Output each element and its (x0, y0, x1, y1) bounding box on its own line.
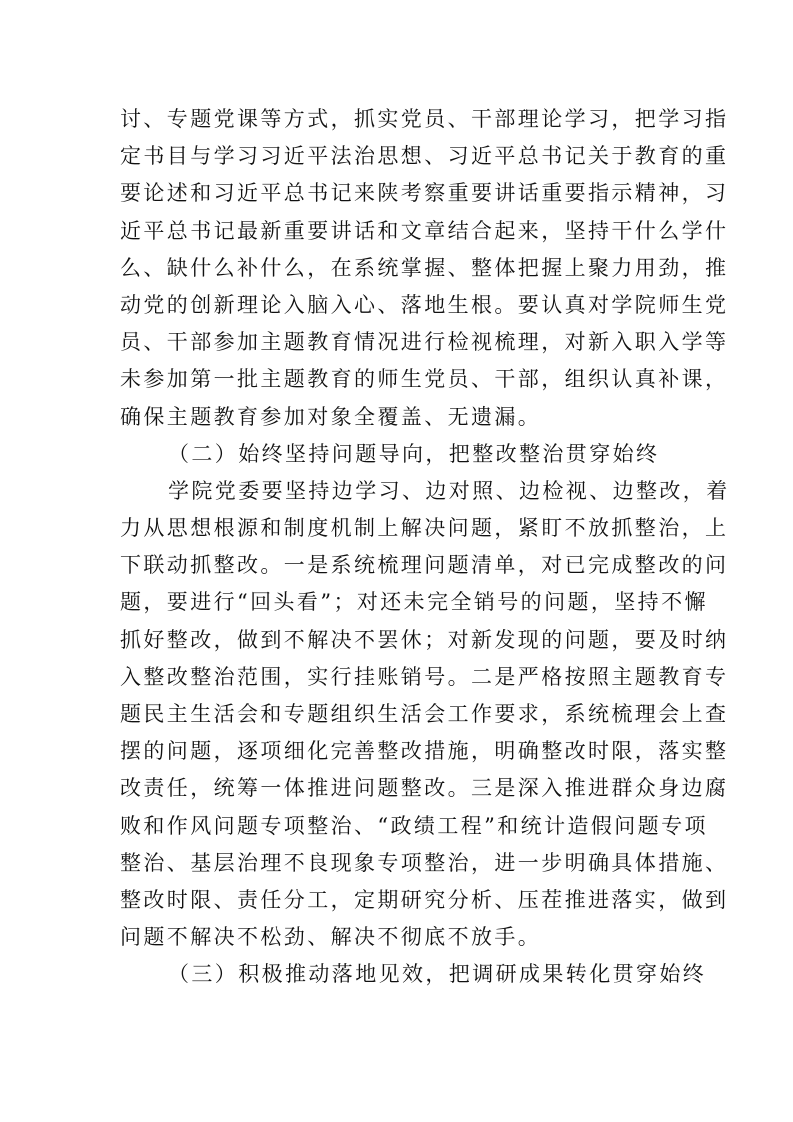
document-page: 讨、专题党课等方式，抓实党员、干部理论学习，把学习指 定书目与学习习近平法治思想… (0, 0, 793, 1122)
text-line: 入整改整治范围，实行挂账销号。二是严格按照主题教育专 (120, 659, 680, 696)
text-line: 摆的问题，逐项细化完善整改措施，明确整改时限，落实整 (120, 733, 680, 770)
text-line: 讨、专题党课等方式，抓实党员、干部理论学习，把学习指 (120, 101, 680, 138)
text-line: 力从思想根源和制度机制上解决问题，紧盯不放抓整治，上 (120, 510, 680, 547)
text-line: 下联动抓整改。一是系统梳理问题清单，对已完成整改的问 (120, 547, 680, 584)
section-heading-3: （三）积极推动落地见效，把调研成果转化贯穿始终 (120, 956, 680, 993)
text-line: 要论述和习近平总书记来陕考察重要讲话重要指示精神，习 (120, 175, 680, 212)
text-line: 改责任，统筹一体推进问题整改。三是深入推进群众身边腐 (120, 770, 680, 807)
text-line: 未参加第一批主题教育的师生党员、干部，组织认真补课， (120, 361, 680, 398)
paragraph-first-line: 学院党委要坚持边学习、边对照、边检视、边整改，着 (120, 473, 680, 510)
text-line: 整改时限、责任分工，定期研究分析、压茬推进落实，做到 (120, 882, 680, 919)
text-line: 近平总书记最新重要讲话和文章结合起来，坚持干什么学什 (120, 213, 680, 250)
text-line: 败和作风问题专项整治、“政绩工程”和统计造假问题专项 (120, 808, 680, 845)
text-line: 整治、基层治理不良现象专项整治，进一步明确具体措施、 (120, 845, 680, 882)
text-line: 动党的创新理论入脑入心、落地生根。要认真对学院师生党 (120, 287, 680, 324)
text-line: 题，要进行“回头看”；对还未完全销号的问题，坚持不懈 (120, 584, 680, 621)
text-line: 么、缺什么补什么，在系统掌握、整体把握上聚力用劲，推 (120, 250, 680, 287)
text-line: 定书目与学习习近平法治思想、习近平总书记关于教育的重 (120, 138, 680, 175)
text-line: 确保主题教育参加对象全覆盖、无遗漏。 (120, 399, 680, 436)
text-line: 员、干部参加主题教育情况进行检视梳理，对新入职入学等 (120, 324, 680, 361)
text-line: 问题不解决不松劲、解决不彻底不放手。 (120, 919, 680, 956)
section-heading-2: （二）始终坚持问题导向，把整改整治贯穿始终 (120, 436, 680, 473)
document-body: 讨、专题党课等方式，抓实党员、干部理论学习，把学习指 定书目与学习习近平法治思想… (120, 101, 680, 994)
text-line: 抓好整改，做到不解决不罢休；对新发现的问题，要及时纳 (120, 622, 680, 659)
text-line: 题民主生活会和专题组织生活会工作要求，系统梳理会上查 (120, 696, 680, 733)
